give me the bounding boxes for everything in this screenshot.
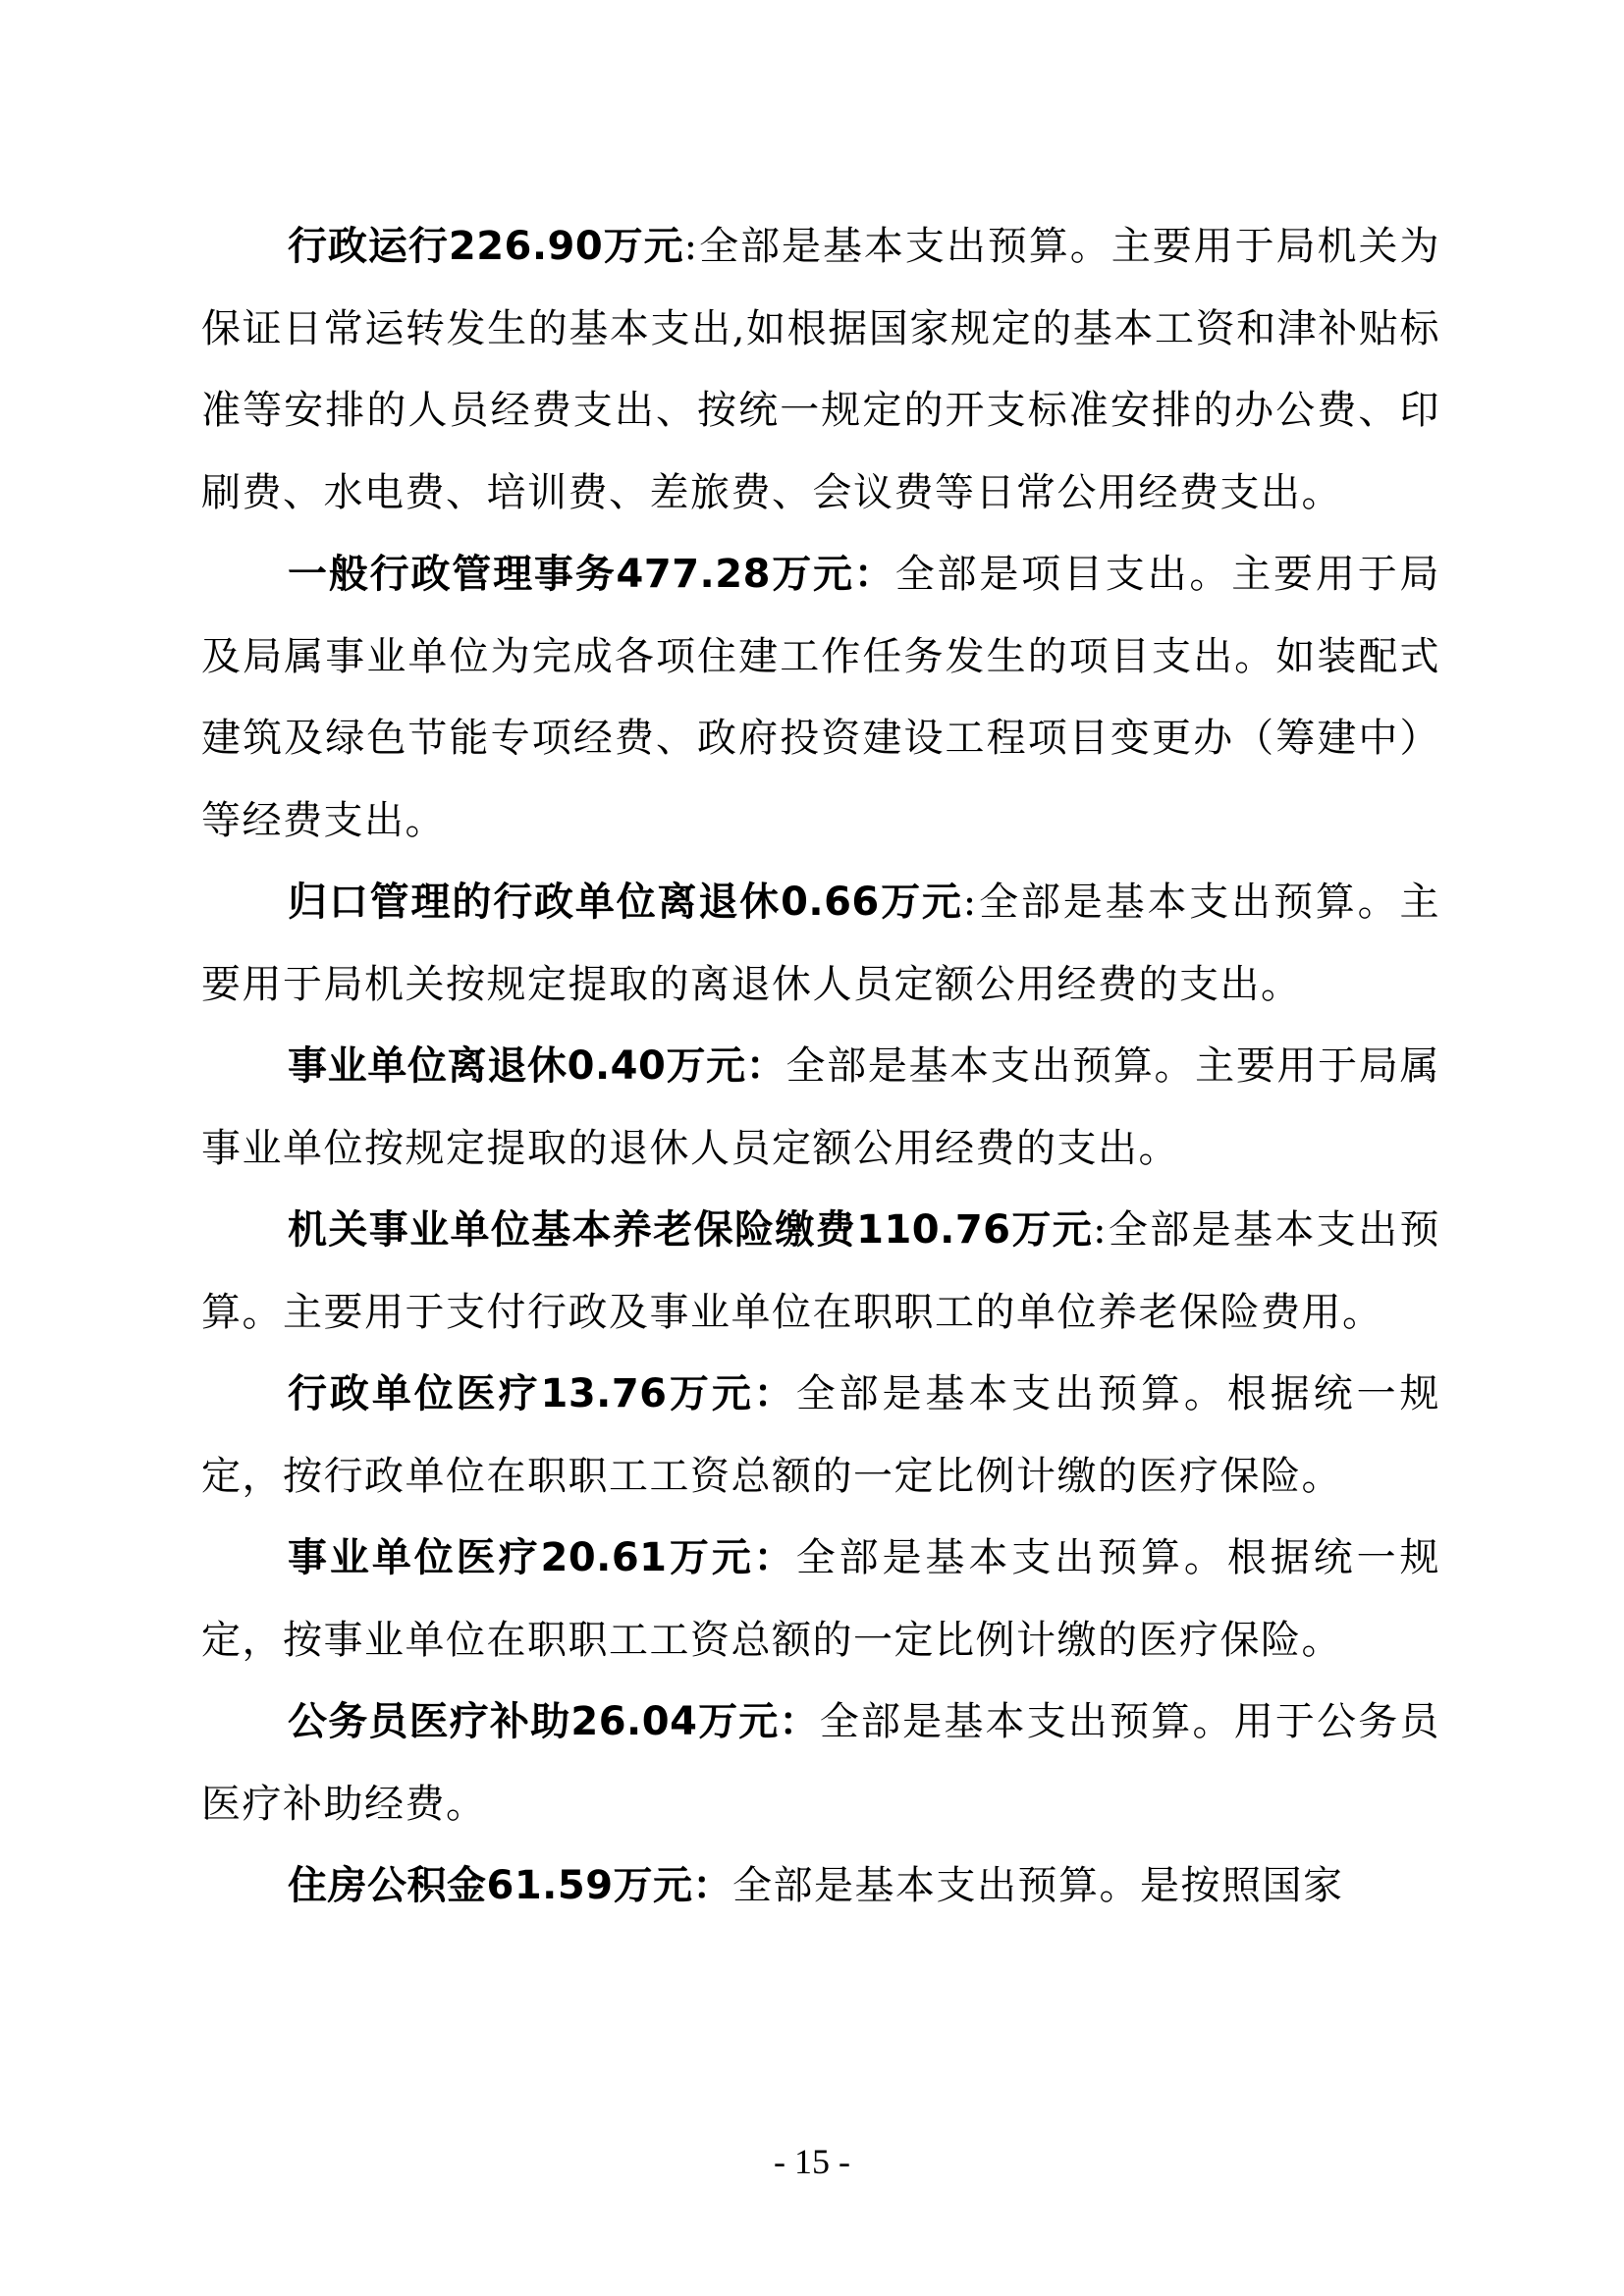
paragraph-heading: 事业单位医疗20.61万元：: [288, 1535, 796, 1580]
paragraph-heading: 事业单位离退休0.40万元：: [288, 1043, 786, 1089]
paragraph-admin-unit-medical: 行政单位医疗13.76万元：全部是基本支出预算。根据统一规定，按行政单位在职职工…: [201, 1354, 1440, 1518]
paragraph-heading: 一般行政管理事务477.28万元：: [288, 552, 895, 597]
paragraph-heading: 公务员医疗补助26.04万元：: [288, 1699, 820, 1744]
paragraph-pension-insurance: 机关事业单位基本养老保险缴费110.76万元:全部是基本支出预算。主要用于支付行…: [201, 1190, 1440, 1354]
paragraph-housing-provident-fund: 住房公积金61.59万元：全部是基本支出预算。是按照国家: [201, 1845, 1440, 1928]
paragraph-heading: 行政单位医疗13.76万元：: [288, 1371, 796, 1416]
paragraph-admin-unit-retirement: 归口管理的行政单位离退休0.66万元:全部是基本支出预算。主要用于局机关按规定提…: [201, 862, 1440, 1026]
paragraph-heading: 行政运行226.90万元: [288, 224, 684, 269]
paragraph-general-admin-affairs: 一般行政管理事务477.28万元：全部是项目支出。主要用于局及局属事业单位为完成…: [201, 534, 1440, 862]
paragraph-public-institution-medical: 事业单位医疗20.61万元：全部是基本支出预算。根据统一规定，按事业单位在职职工…: [201, 1518, 1440, 1682]
paragraph-civil-servant-medical-subsidy: 公务员医疗补助26.04万元：全部是基本支出预算。用于公务员医疗补助经费。: [201, 1682, 1440, 1845]
document-body: 行政运行226.90万元:全部是基本支出预算。主要用于局机关为保证日常运转发生的…: [201, 206, 1440, 1928]
paragraph-administrative-operation: 行政运行226.90万元:全部是基本支出预算。主要用于局机关为保证日常运转发生的…: [201, 206, 1440, 534]
paragraph-heading: 机关事业单位基本养老保险缴费110.76万元: [288, 1207, 1093, 1253]
paragraph-heading: 住房公积金61.59万元：: [288, 1863, 732, 1908]
paragraph-heading: 归口管理的行政单位离退休0.66万元: [288, 880, 963, 925]
page-number: - 15 -: [0, 2140, 1624, 2183]
paragraph-public-institution-retirement: 事业单位离退休0.40万元：全部是基本支出预算。主要用于局属事业单位按规定提取的…: [201, 1026, 1440, 1190]
paragraph-text: 全部是基本支出预算。是按照国家: [732, 1863, 1344, 1908]
